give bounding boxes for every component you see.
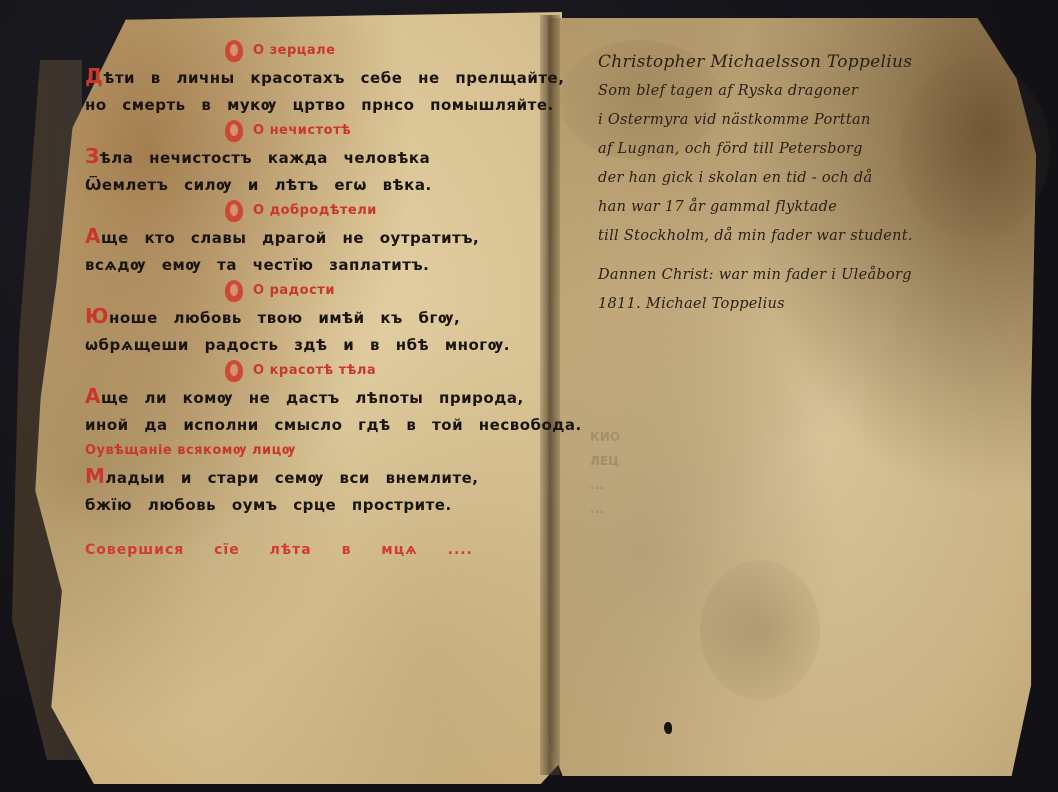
handwritten-line: i Ostermyra vid nästkomme Porttan <box>598 106 1038 135</box>
verse-line: Зѣла нечистостъ кажда человѣка <box>85 142 535 171</box>
handwritten-inscription: Christopher Michaelsson Toppelius Som bl… <box>598 48 1038 319</box>
rubric-heading: О радости <box>225 280 535 302</box>
rubric-heading: О зерцале <box>225 40 535 62</box>
ink-blot <box>664 722 672 734</box>
show-through-print: КИО ЛЕЦ ... ... <box>590 425 790 521</box>
verse-line: Дѣти в личны красотахъ себе не прелщайте… <box>85 62 535 91</box>
handwritten-line: till Stockholm, då min fader war student… <box>598 222 1038 251</box>
verse-line: ѡбрѧщеши радость здѣ и в нбѣ многѹ. <box>85 331 535 360</box>
red-initial-o-icon <box>225 40 243 62</box>
red-initial-o-icon <box>225 280 243 302</box>
handwritten-line: han war 17 år gammal flyktade <box>598 193 1038 222</box>
verse-line: Ѿемлетъ силѹ и лѣтъ егѡ вѣка. <box>85 171 535 200</box>
handwritten-line: af Lugnan, och förd till Petersborg <box>598 135 1038 164</box>
ghost-text: ЛЕЦ <box>590 449 790 473</box>
book-gutter <box>540 15 560 775</box>
handwritten-line: Christopher Michaelsson Toppelius <box>598 48 1038 77</box>
verse-line: Юноше любовь твою имѣй къ бгѹ, <box>85 302 535 331</box>
printed-verses: О зерцале Дѣти в личны красотахъ себе не… <box>85 40 535 558</box>
ghost-text: КИО <box>590 425 790 449</box>
verse-line: иной да исполни смысло гдѣ в той несвобо… <box>85 411 535 440</box>
rubric-heading: О добродѣтели <box>225 200 535 222</box>
verse-line: всѧдѹ емѹ та честїю заплатитъ. <box>85 251 535 280</box>
colophon: Совершися сїе лѣта в мцѧ .... <box>85 542 535 558</box>
handwritten-line: Dannen Christ: war min fader i Uleåborg <box>598 261 1038 290</box>
line-spacer <box>598 251 1038 261</box>
verse-line: но смерть в мукѹ цртво прнсо помышляйте. <box>85 91 535 120</box>
red-initial-o-icon <box>225 120 243 142</box>
rubric-heading: Оувѣщаніе всякомѹ лицѹ <box>85 440 535 462</box>
handwritten-line: 1811. Michael Toppelius <box>598 290 1038 319</box>
water-stain <box>700 560 820 700</box>
ghost-text: ... <box>590 497 790 521</box>
handwritten-line: der han gick i skolan en tid - och då <box>598 164 1038 193</box>
verse-line: Младыи и стари семѹ вси внемлите, <box>85 462 535 491</box>
handwritten-line: Som blef tagen af Ryska dragoner <box>598 77 1038 106</box>
red-initial-o-icon <box>225 360 243 382</box>
verse-line: Аще ли комѹ не дастъ лѣпоты природа, <box>85 382 535 411</box>
rubric-heading: О нечистотѣ <box>225 120 535 142</box>
verse-line: Аще кто славы драгой не оутратитъ, <box>85 222 535 251</box>
rubric-heading: О красотѣ тѣла <box>225 360 535 382</box>
verse-line: бжїю любовь оумъ срце прострите. <box>85 491 535 520</box>
ghost-text: ... <box>590 473 790 497</box>
red-initial-o-icon <box>225 200 243 222</box>
